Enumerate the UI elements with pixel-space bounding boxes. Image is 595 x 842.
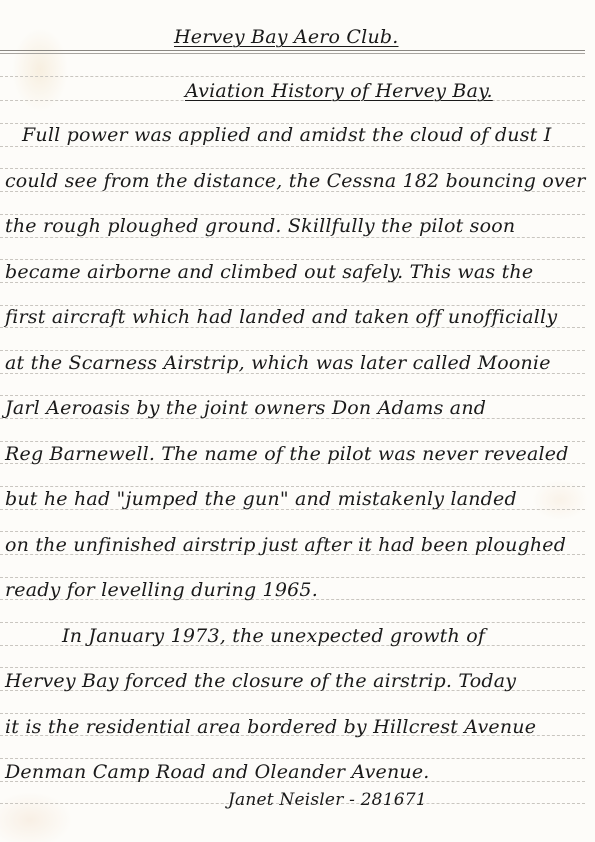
ruled-line: [0, 395, 585, 396]
text-line: In January 1973, the unexpected growth o…: [62, 625, 485, 647]
document-subtitle: Aviation History of Hervey Bay.: [185, 80, 493, 102]
ruled-line: [0, 237, 585, 238]
ruled-line: [0, 713, 585, 714]
handwritten-page: Hervey Bay Aero Club. Aviation History o…: [0, 0, 595, 842]
text-line: first aircraft which had landed and take…: [5, 306, 557, 328]
text-line: Reg Barnewell. The name of the pilot was…: [5, 443, 569, 465]
text-line: but he had "jumped the gun" and mistaken…: [5, 488, 517, 510]
ruled-line: [0, 486, 585, 487]
ruled-line: [0, 667, 585, 668]
ruled-line: [0, 350, 585, 351]
ruled-line: [0, 441, 585, 442]
text-line: Jarl Aeroasis by the joint owners Don Ad…: [5, 397, 486, 419]
ruled-line: [0, 146, 585, 147]
ruled-line: [0, 76, 585, 77]
ruled-line: [0, 53, 585, 54]
text-line: Denman Camp Road and Oleander Avenue.: [5, 761, 430, 783]
ruled-line: [0, 259, 585, 260]
ruled-line: [0, 577, 585, 578]
ruled-line: [0, 168, 585, 169]
signature: Janet Neisler - 281671: [228, 790, 427, 810]
text-line: ready for levelling during 1965.: [5, 579, 318, 601]
text-line: became airborne and climbed out safely. …: [5, 261, 533, 283]
text-line: Full power was applied and amidst the cl…: [22, 124, 551, 146]
ruled-line: [0, 50, 585, 51]
ruled-line: [0, 622, 585, 623]
text-line: could see from the distance, the Cessna …: [5, 170, 586, 192]
ruled-line: [0, 758, 585, 759]
document-title: Hervey Bay Aero Club.: [174, 26, 399, 48]
text-line: it is the residential area bordered by H…: [5, 716, 536, 738]
text-line: Hervey Bay forced the closure of the air…: [5, 670, 516, 692]
text-line: on the unfinished airstrip just after it…: [5, 534, 566, 556]
text-line: at the Scarness Airstrip, which was late…: [5, 352, 551, 374]
ruled-line: [0, 531, 585, 532]
text-line: the rough ploughed ground. Skillfully th…: [5, 215, 515, 237]
